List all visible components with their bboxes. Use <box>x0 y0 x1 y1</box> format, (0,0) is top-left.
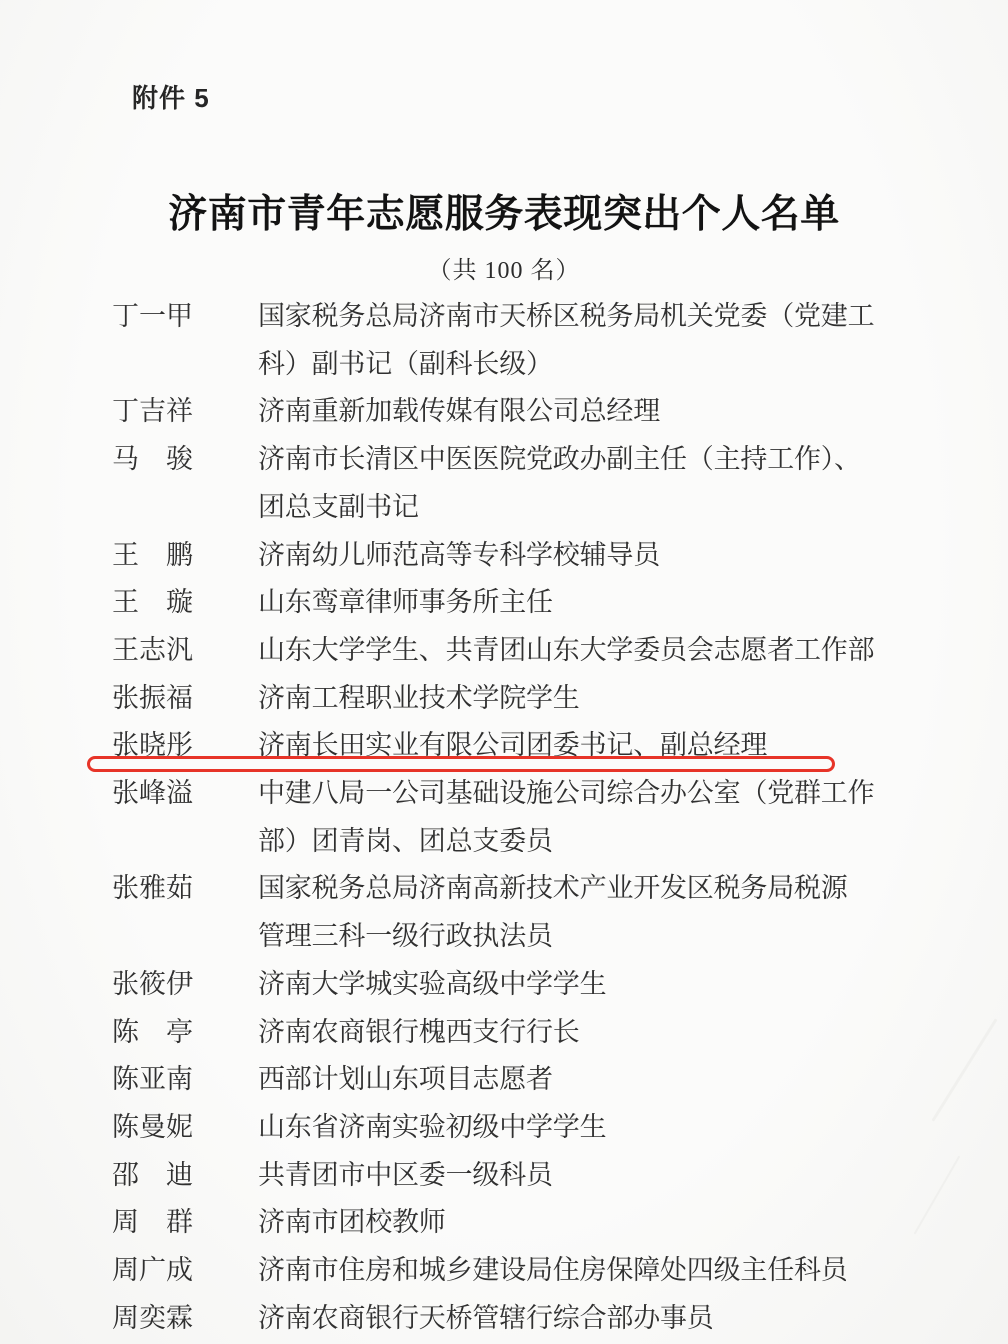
subtitle-count: （共 100 名） <box>0 250 1008 285</box>
person-position-line: 济南幼儿师范高等专科学校辅导员 <box>258 532 660 580</box>
list-item: 邵 迪 共青团市中区委一级科员 <box>112 1152 952 1200</box>
person-name: 邵 迪 <box>112 1152 193 1200</box>
list-item: 王志汎 山东大学学生、共青团山东大学委员会志愿者工作部 <box>112 627 952 675</box>
person-position: 国家税务总局济南高新技术产业开发区税务局税源 管理三科一级行政执法员 <box>258 865 848 960</box>
attachment-label: 附件 5 <box>132 78 210 115</box>
list-item: 丁吉祥 济南重新加载传媒有限公司总经理 <box>112 388 952 436</box>
person-name: 张雅茹 <box>112 865 193 913</box>
person-position-line: 济南大学城实验高级中学学生 <box>258 961 606 1009</box>
person-name: 陈曼妮 <box>112 1104 193 1152</box>
person-position: 西部计划山东项目志愿者 <box>258 1056 553 1104</box>
person-position-line: 济南农商银行槐西支行行长 <box>258 1009 580 1057</box>
list-item: 周奕霖 济南农商银行天桥管辖行综合部办事员 <box>112 1295 952 1343</box>
list-item: 周 群 济南市团校教师 <box>112 1199 952 1247</box>
person-name: 王 璇 <box>112 579 193 627</box>
list-item: 王 鹏 济南幼儿师范高等专科学校辅导员 <box>112 532 952 580</box>
person-position: 山东大学学生、共青团山东大学委员会志愿者工作部 <box>258 627 874 675</box>
person-position-line: 济南农商银行天桥管辖行综合部办事员 <box>258 1295 714 1343</box>
award-list: 丁一甲 国家税务总局济南市天桥区税务局机关党委（党建工 科）副书记（副科长级） … <box>112 293 952 1342</box>
list-item: 丁一甲 国家税务总局济南市天桥区税务局机关党委（党建工 科）副书记（副科长级） <box>112 293 952 388</box>
person-position: 济南大学城实验高级中学学生 <box>258 961 606 1009</box>
person-position-line: 部）团青岗、团总支委员 <box>258 818 874 866</box>
person-name: 丁吉祥 <box>112 388 193 436</box>
list-item: 周广成 济南市住房和城乡建设局住房保障处四级主任科员 <box>112 1247 952 1295</box>
person-name: 王志汎 <box>112 627 193 675</box>
person-position-line: 济南市长清区中医医院党政办副主任（主持工作）、 <box>258 436 861 484</box>
person-position: 山东鸾章律师事务所主任 <box>258 579 553 627</box>
person-position: 济南市住房和城乡建设局住房保障处四级主任科员 <box>258 1247 848 1295</box>
person-position-line: 山东省济南实验初级中学学生 <box>258 1104 606 1152</box>
list-item: 张峰溢 中建八局一公司基础设施公司综合办公室（党群工作 部）团青岗、团总支委员 <box>112 770 952 865</box>
person-name: 陈 亭 <box>112 1009 193 1057</box>
person-name: 周 群 <box>112 1199 193 1247</box>
person-position-line: 山东大学学生、共青团山东大学委员会志愿者工作部 <box>258 627 874 675</box>
person-position-line: 济南市团校教师 <box>258 1199 446 1247</box>
person-position-line: 山东鸾章律师事务所主任 <box>258 579 553 627</box>
person-position-line: 济南重新加载传媒有限公司总经理 <box>258 388 660 436</box>
person-name: 陈亚南 <box>112 1056 193 1104</box>
person-name: 张筱伊 <box>112 961 193 1009</box>
person-position: 济南工程职业技术学院学生 <box>258 675 580 723</box>
person-position: 济南重新加载传媒有限公司总经理 <box>258 388 660 436</box>
person-position: 国家税务总局济南市天桥区税务局机关党委（党建工 科）副书记（副科长级） <box>258 293 874 388</box>
person-position-line: 西部计划山东项目志愿者 <box>258 1056 553 1104</box>
person-position-line: 管理三科一级行政执法员 <box>258 913 848 961</box>
list-item: 张振福 济南工程职业技术学院学生 <box>112 675 952 723</box>
person-position-line: 科）副书记（副科长级） <box>258 341 874 389</box>
person-name: 张峰溢 <box>112 770 193 818</box>
list-item: 张筱伊 济南大学城实验高级中学学生 <box>112 961 952 1009</box>
person-name: 张振福 <box>112 675 193 723</box>
person-position-line: 济南市住房和城乡建设局住房保障处四级主任科员 <box>258 1247 848 1295</box>
person-position-line: 团总支副书记 <box>258 484 861 532</box>
document-page: 附件 5 济南市青年志愿服务表现突出个人名单 （共 100 名） 丁一甲 国家税… <box>0 0 1008 1344</box>
page-title: 济南市青年志愿服务表现突出个人名单 <box>0 183 1008 239</box>
person-position: 共青团市中区委一级科员 <box>258 1152 553 1200</box>
person-position: 济南幼儿师范高等专科学校辅导员 <box>258 532 660 580</box>
list-item: 陈曼妮 山东省济南实验初级中学学生 <box>112 1104 952 1152</box>
person-name: 丁一甲 <box>112 293 193 341</box>
list-item: 王 璇 山东鸾章律师事务所主任 <box>112 579 952 627</box>
person-name: 周奕霖 <box>112 1295 193 1343</box>
person-position: 济南市长清区中医医院党政办副主任（主持工作）、 团总支副书记 <box>258 436 861 531</box>
person-position-line: 共青团市中区委一级科员 <box>258 1152 553 1200</box>
list-item: 陈 亭 济南农商银行槐西支行行长 <box>112 1009 952 1057</box>
person-position-line: 国家税务总局济南高新技术产业开发区税务局税源 <box>258 865 848 913</box>
person-name: 周广成 <box>112 1247 193 1295</box>
person-position-line: 国家税务总局济南市天桥区税务局机关党委（党建工 <box>258 293 874 341</box>
person-position-line: 济南工程职业技术学院学生 <box>258 675 580 723</box>
person-position-line: 中建八局一公司基础设施公司综合办公室（党群工作 <box>258 770 874 818</box>
person-position: 济南市团校教师 <box>258 1199 446 1247</box>
red-underline-annotation <box>87 756 835 772</box>
person-position: 济南农商银行槐西支行行长 <box>258 1009 580 1057</box>
list-item: 陈亚南 西部计划山东项目志愿者 <box>112 1056 952 1104</box>
person-name: 马 骏 <box>112 436 193 484</box>
person-position: 济南农商银行天桥管辖行综合部办事员 <box>258 1295 714 1343</box>
person-position: 山东省济南实验初级中学学生 <box>258 1104 606 1152</box>
person-position: 中建八局一公司基础设施公司综合办公室（党群工作 部）团青岗、团总支委员 <box>258 770 874 865</box>
person-name: 王 鹏 <box>112 532 193 580</box>
list-item: 张雅茹 国家税务总局济南高新技术产业开发区税务局税源 管理三科一级行政执法员 <box>112 865 952 960</box>
list-item: 马 骏 济南市长清区中医医院党政办副主任（主持工作）、 团总支副书记 <box>112 436 952 531</box>
